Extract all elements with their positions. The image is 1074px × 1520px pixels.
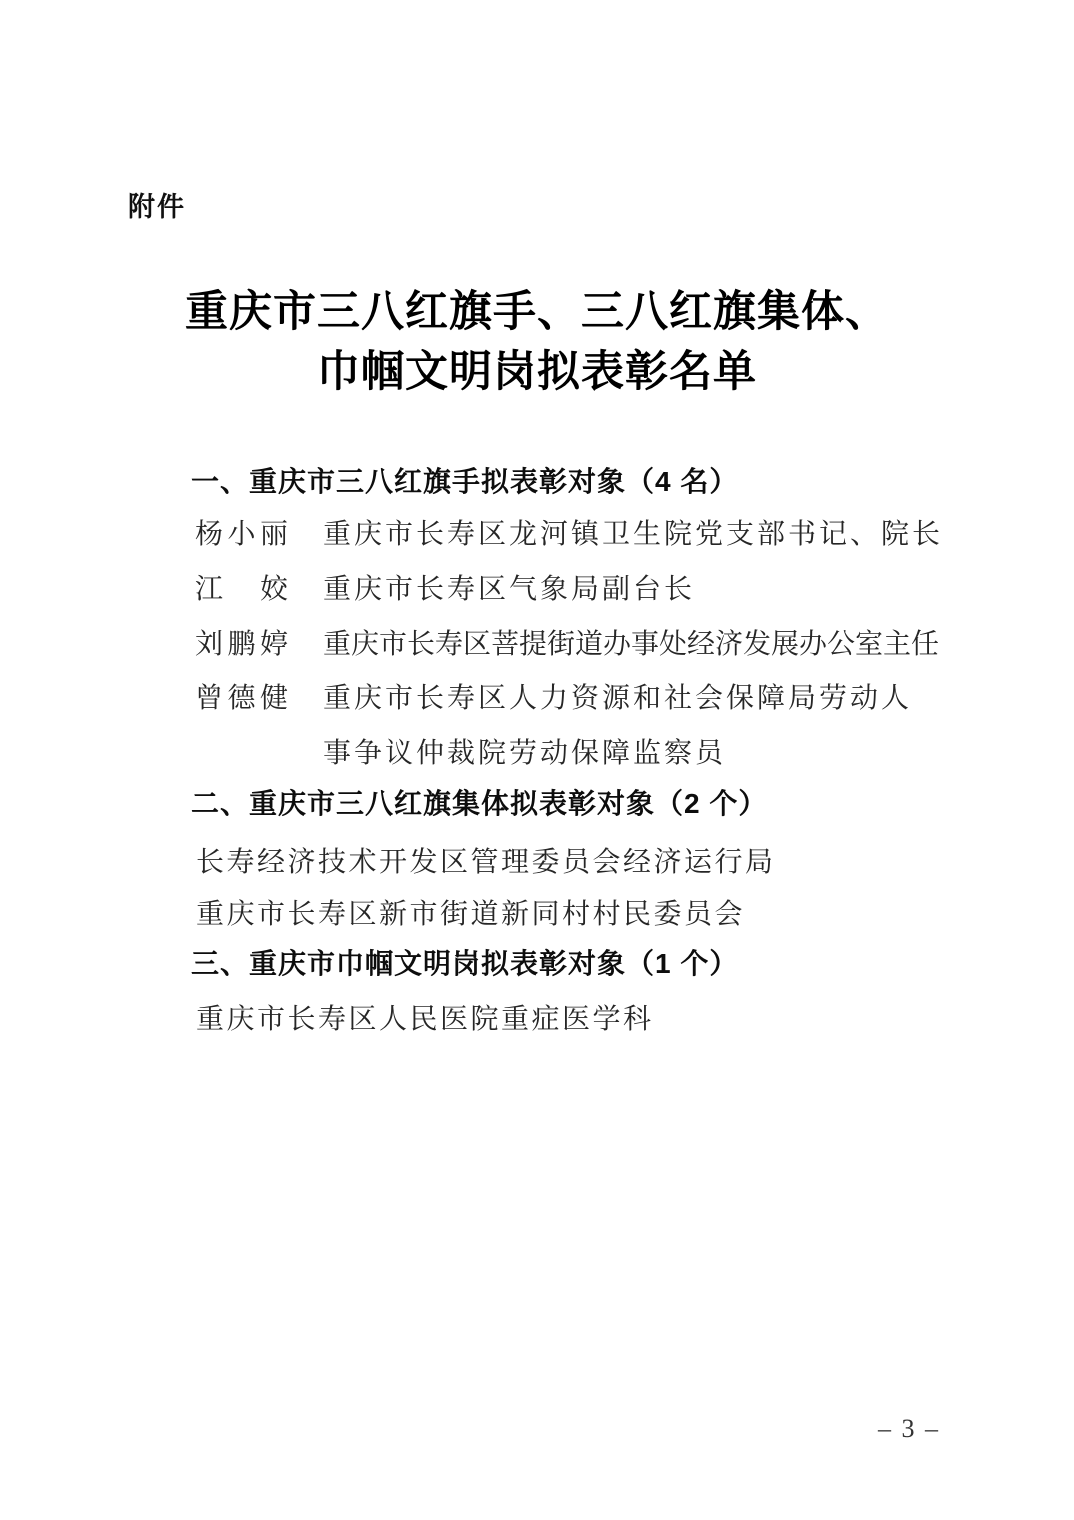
section1-heading: 一、重庆市三八红旗手拟表彰对象（4 名） bbox=[191, 466, 738, 498]
awardee-row: 杨小丽 重庆市长寿区龙河镇卫生院党支部书记、院长 bbox=[195, 507, 943, 562]
attachment-label: 附件 bbox=[128, 191, 186, 223]
awardee-row: 曾德健 重庆市长寿区人力资源和社会保障局劳动人 事争议仲裁院劳动保障监察员 bbox=[195, 671, 912, 781]
awardee-name: 曾德健 bbox=[195, 671, 288, 726]
awardee-position-line2: 事争议仲裁院劳动保障监察员 bbox=[323, 726, 912, 781]
section2-heading: 二、重庆市三八红旗集体拟表彰对象（2 个） bbox=[191, 788, 767, 820]
document-title: 重庆市三八红旗手、三八红旗集体、 巾帼文明岗拟表彰名单 bbox=[0, 283, 1074, 403]
awardee-name: 江姣 bbox=[195, 562, 288, 617]
awardee-position: 重庆市长寿区龙河镇卫生院党支部书记、院长 bbox=[323, 507, 943, 562]
awardee-row: 刘鹏婷 重庆市长寿区菩提街道办事处经济发展办公室主任 bbox=[195, 617, 939, 672]
section3-heading: 三、重庆市巾帼文明岗拟表彰对象（1 个） bbox=[191, 948, 738, 980]
awardee-row: 江姣 重庆市长寿区气象局副台长 bbox=[195, 562, 695, 617]
awardee-position: 重庆市长寿区菩提街道办事处经济发展办公室主任 bbox=[323, 617, 939, 672]
awardee-position: 重庆市长寿区人力资源和社会保障局劳动人 事争议仲裁院劳动保障监察员 bbox=[323, 671, 912, 781]
document-title-line2: 巾帼文明岗拟表彰名单 bbox=[0, 343, 1074, 403]
awardee-position-line1: 重庆市长寿区人力资源和社会保障局劳动人 bbox=[323, 671, 912, 726]
awardee-position: 重庆市长寿区气象局副台长 bbox=[323, 562, 695, 617]
document-page: 附件 重庆市三八红旗手、三八红旗集体、 巾帼文明岗拟表彰名单 一、重庆市三八红旗… bbox=[0, 0, 1074, 1520]
collective-name: 长寿经济技术开发区管理委员会经济运行局 bbox=[196, 835, 776, 890]
document-title-line1: 重庆市三八红旗手、三八红旗集体、 bbox=[0, 283, 1074, 343]
page-number: – 3 – bbox=[878, 1414, 940, 1444]
civilized-post-name: 重庆市长寿区人民医院重症医学科 bbox=[196, 992, 654, 1047]
collective-name: 重庆市长寿区新市街道新同村村民委员会 bbox=[196, 887, 745, 942]
awardee-name: 杨小丽 bbox=[195, 507, 288, 562]
awardee-name: 刘鹏婷 bbox=[195, 617, 288, 672]
